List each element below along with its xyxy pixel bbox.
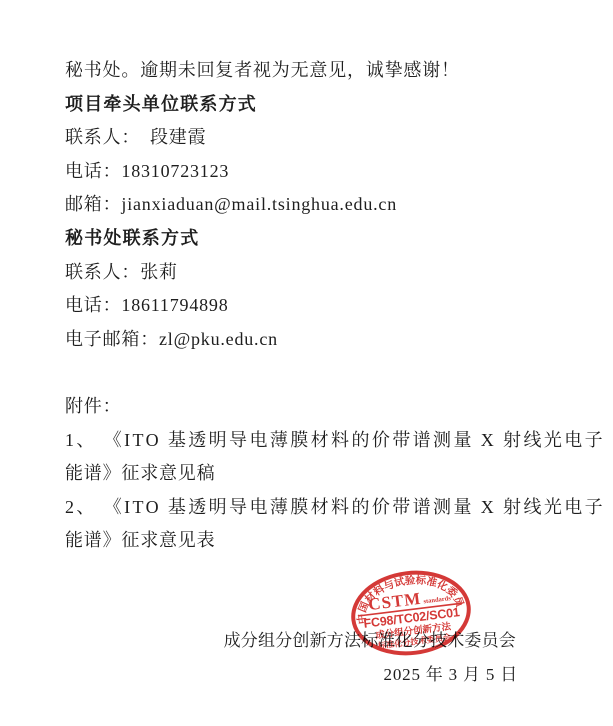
lead-contact-person: 联系人： 段建霞 [65, 121, 563, 155]
attachments-label: 附件： [65, 390, 563, 424]
attachment-1-line-1: 1、 《ITO 基透明导电薄膜材料的价带谱测量 X 射线光电子 [65, 424, 563, 458]
seal-graphic: 中国材料与试验标准化委员会 CSTMstandards FC98/TC02/SC… [341, 559, 481, 666]
lead-phone: 电话：18310723123 [65, 155, 563, 189]
secretariat-section-title: 秘书处联系方式 [65, 222, 563, 256]
document-page: 秘书处。逾期未回复者视为无意见，诚挚感谢！ 项目牵头单位联系方式 联系人： 段建… [0, 0, 613, 726]
signature-date: 2025 年 3 月 5 日 [0, 660, 518, 685]
attachment-2-line-1: 2、 《ITO 基透明导电薄膜材料的价带谱测量 X 射线光电子 [65, 491, 563, 525]
attachment-2-line-2: 能谱》征求意见表 [65, 524, 563, 558]
lead-unit-section-title: 项目牵头单位联系方式 [65, 88, 563, 122]
attachment-1-line-2: 能谱》征求意见稿 [65, 457, 563, 491]
intro-line: 秘书处。逾期未回复者视为无意见，诚挚感谢！ [65, 54, 563, 88]
blank-line [65, 356, 563, 390]
letter-body: 秘书处。逾期未回复者视为无意见，诚挚感谢！ 项目牵头单位联系方式 联系人： 段建… [65, 54, 563, 558]
secretariat-phone: 电话：18611794898 [65, 289, 563, 323]
secretariat-contact-person: 联系人：张莉 [65, 256, 563, 290]
official-seal-stamp: 中国材料与试验标准化委员会 CSTMstandards FC98/TC02/SC… [341, 559, 481, 666]
lead-email: 邮箱：jianxiaduan@mail.tsinghua.edu.cn [65, 188, 563, 222]
secretariat-email: 电子邮箱：zl@pku.edu.cn [65, 323, 563, 357]
